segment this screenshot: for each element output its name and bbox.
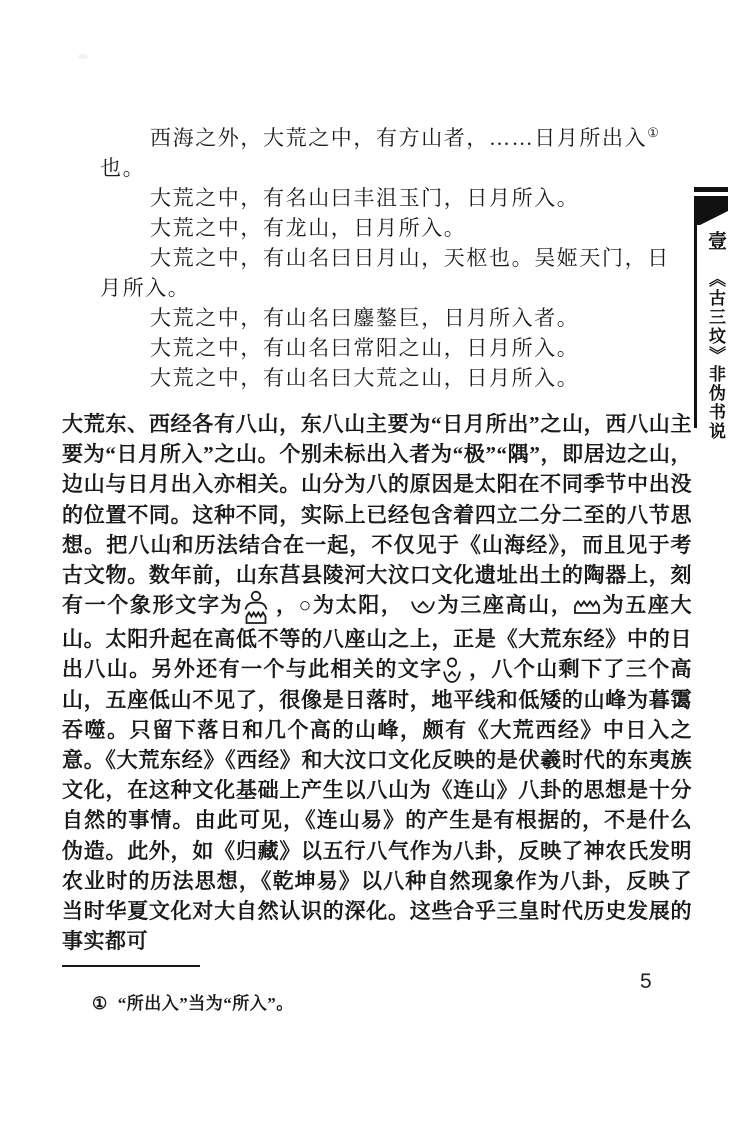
footnote-ref-marker: ①	[647, 125, 659, 140]
quote-line: 大荒之中，有龙山，日月所入。	[100, 213, 692, 243]
tab-vertical-rule	[694, 196, 697, 428]
chapter-number: 壹	[705, 231, 726, 252]
page-number: 5	[640, 970, 652, 994]
sun-over-three-peaks-glyph	[442, 657, 462, 684]
book-page: 西海之外，大荒之中，有方山者，……日月所出入① 也。 大荒之中，有名山曰丰沮玉门…	[0, 0, 750, 1136]
footnote-divider	[62, 965, 200, 967]
three-peak-mountain-glyph	[410, 599, 436, 614]
quote-text: 西海之外，大荒之中，有方山者，……日月所出入	[150, 126, 647, 150]
main-paragraph: 大荒东、西经各有八山，东八山主要为“日月所出”之山，西八山主要为“日月所入”之山…	[62, 409, 692, 956]
quote-line: 大荒之中，有山名曰鏖鏊巨，日月所入者。	[100, 303, 692, 333]
five-peak-mountain-glyph	[573, 599, 601, 614]
dawenkou-sun-moon-five-mountains-glyph	[243, 590, 269, 624]
chapter-heading: 壹《古三坟》非伪书说	[702, 231, 729, 611]
footnote: ①“所出入”当为“所入”。	[92, 989, 692, 1014]
quotation-block: 西海之外，大荒之中，有方山者，……日月所出入① 也。 大荒之中，有名山曰丰沮玉门…	[100, 118, 692, 393]
footnote-text: “所出入”当为“所入”。	[118, 994, 294, 1013]
quote-line: 大荒之中，有名山曰丰沮玉门，日月所入。	[100, 183, 692, 213]
chapter-title: 《古三坟》非伪书说	[706, 270, 725, 441]
scan-artifact	[78, 54, 88, 59]
page-content: 西海之外，大荒之中，有方山者，……日月所出入① 也。 大荒之中，有名山曰丰沮玉门…	[62, 118, 692, 1014]
quote-line: 西海之外，大荒之中，有方山者，……日月所出入① 也。	[100, 118, 692, 183]
tab-flag-icon	[694, 196, 728, 226]
quote-line: 大荒之中，有山名曰日月山，天枢也。吴姬天门，日月所入。	[100, 243, 692, 303]
quote-line: 大荒之中，有山名曰大荒之山，日月所入。	[100, 363, 692, 393]
quote-text: 也。	[100, 156, 145, 180]
quote-line: 大荒之中，有山名曰常阳之山，日月所入。	[100, 333, 692, 363]
footnote-marker: ①	[92, 994, 108, 1013]
tab-top-bar	[694, 187, 728, 192]
